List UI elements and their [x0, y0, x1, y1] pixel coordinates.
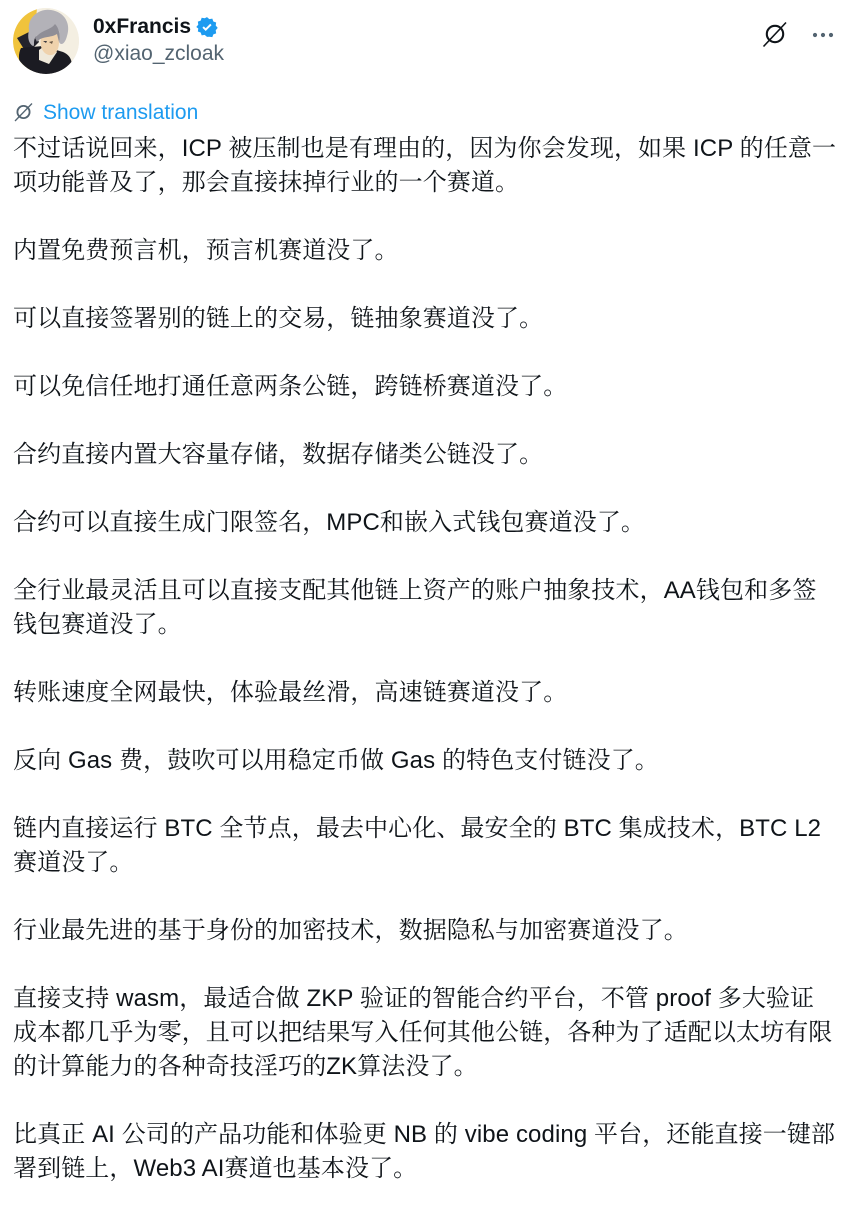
tweet-paragraph: 可以直接签署别的链上的交易，链抽象赛道没了。 [13, 302, 838, 336]
show-translation-label: Show translation [43, 100, 198, 125]
grok-icon[interactable] [760, 20, 790, 50]
tweet-text: 不过话说回来，ICP 被压制也是有理由的，因为你会发现，如果 ICP 的任意一项… [13, 132, 838, 1186]
user-handle[interactable]: @xiao_zcloak [93, 41, 224, 67]
translate-icon [13, 102, 34, 123]
tweet-paragraph: 转账速度全网最快，体验最丝滑，高速链赛道没了。 [13, 676, 838, 710]
tweet-paragraph: 链内直接运行 BTC 全节点，最去中心化、最安全的 BTC 集成技术，BTC L… [13, 812, 838, 880]
tweet-paragraph: 内置免费预言机，预言机赛道没了。 [13, 234, 838, 268]
tweet-paragraph: 合约可以直接生成门限签名，MPC和嵌入式钱包赛道没了。 [13, 506, 838, 540]
verified-badge-icon [196, 16, 218, 38]
tweet-paragraph: 合约直接内置大容量存储，数据存储类公链没了。 [13, 438, 838, 472]
tweet-paragraph: 直接支持 wasm，最适合做 ZKP 验证的智能合约平台，不管 proof 多大… [13, 982, 838, 1084]
tweet-paragraph: 可以免信任地打通任意两条公链，跨链桥赛道没了。 [13, 370, 838, 404]
display-name[interactable]: 0xFrancis [93, 14, 191, 40]
show-translation-link[interactable]: Show translation [13, 100, 198, 125]
avatar-image [13, 8, 79, 74]
tweet-paragraph: 行业最先进的基于身份的加密技术，数据隐私与加密赛道没了。 [13, 914, 838, 948]
tweet-paragraph: 比真正 AI 公司的产品功能和体验更 NB 的 vibe coding 平台，还… [13, 1118, 838, 1186]
tweet-paragraph: 不过话说回来，ICP 被压制也是有理由的，因为你会发现，如果 ICP 的任意一项… [13, 132, 838, 200]
tweet-card: 0xFrancis @xiao_zcloak [0, 0, 851, 1206]
user-names: 0xFrancis @xiao_zcloak [93, 8, 224, 67]
tweet-header: 0xFrancis @xiao_zcloak [13, 8, 838, 74]
more-options-icon[interactable] [810, 22, 836, 48]
avatar[interactable] [13, 8, 79, 74]
tweet-paragraph: 全行业最灵活且可以直接支配其他链上资产的账户抽象技术，AA钱包和多签钱包赛道没了… [13, 574, 838, 642]
header-actions [760, 8, 838, 50]
tweet-paragraph: 反向 Gas 费，鼓吹可以用稳定币做 Gas 的特色支付链没了。 [13, 744, 838, 778]
